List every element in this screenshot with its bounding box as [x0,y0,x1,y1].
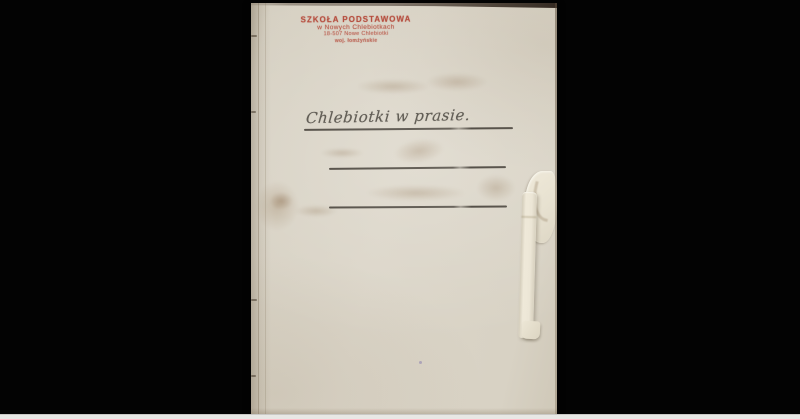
pencil-smudge [427,73,487,91]
tape-end [522,321,541,340]
pencil-smudge [393,136,446,167]
binding-mark [251,35,257,37]
binding-mark [251,299,257,301]
tape-strip [518,192,537,338]
school-stamp: SZKOŁA PODSTAWOWA w Nowych Chlebiotkach … [295,15,417,44]
ink-speck [419,361,422,364]
pencil-smudge [321,148,363,158]
paper-top-edge [251,3,557,8]
scanner-bed-strip [0,414,800,419]
paper-right-edge [555,3,557,414]
paper-stain [255,181,299,231]
pencil-smudge [367,185,465,201]
pencil-smudge [477,175,515,201]
binding-mark [251,375,256,377]
scan-viewport: SZKOŁA PODSTAWOWA w Nowych Chlebiotkach … [0,0,800,419]
ruled-line [329,206,507,209]
ruled-line [329,166,506,170]
stamp-line: woj. łomżyńskie [295,37,417,44]
handwritten-title: Chlebiotki w prasie. [305,105,527,127]
pencil-smudge [357,79,429,94]
binding-mark [251,111,256,113]
title-underline [304,127,513,131]
notebook-cover: SZKOŁA PODSTAWOWA w Nowych Chlebiotkach … [251,3,557,414]
